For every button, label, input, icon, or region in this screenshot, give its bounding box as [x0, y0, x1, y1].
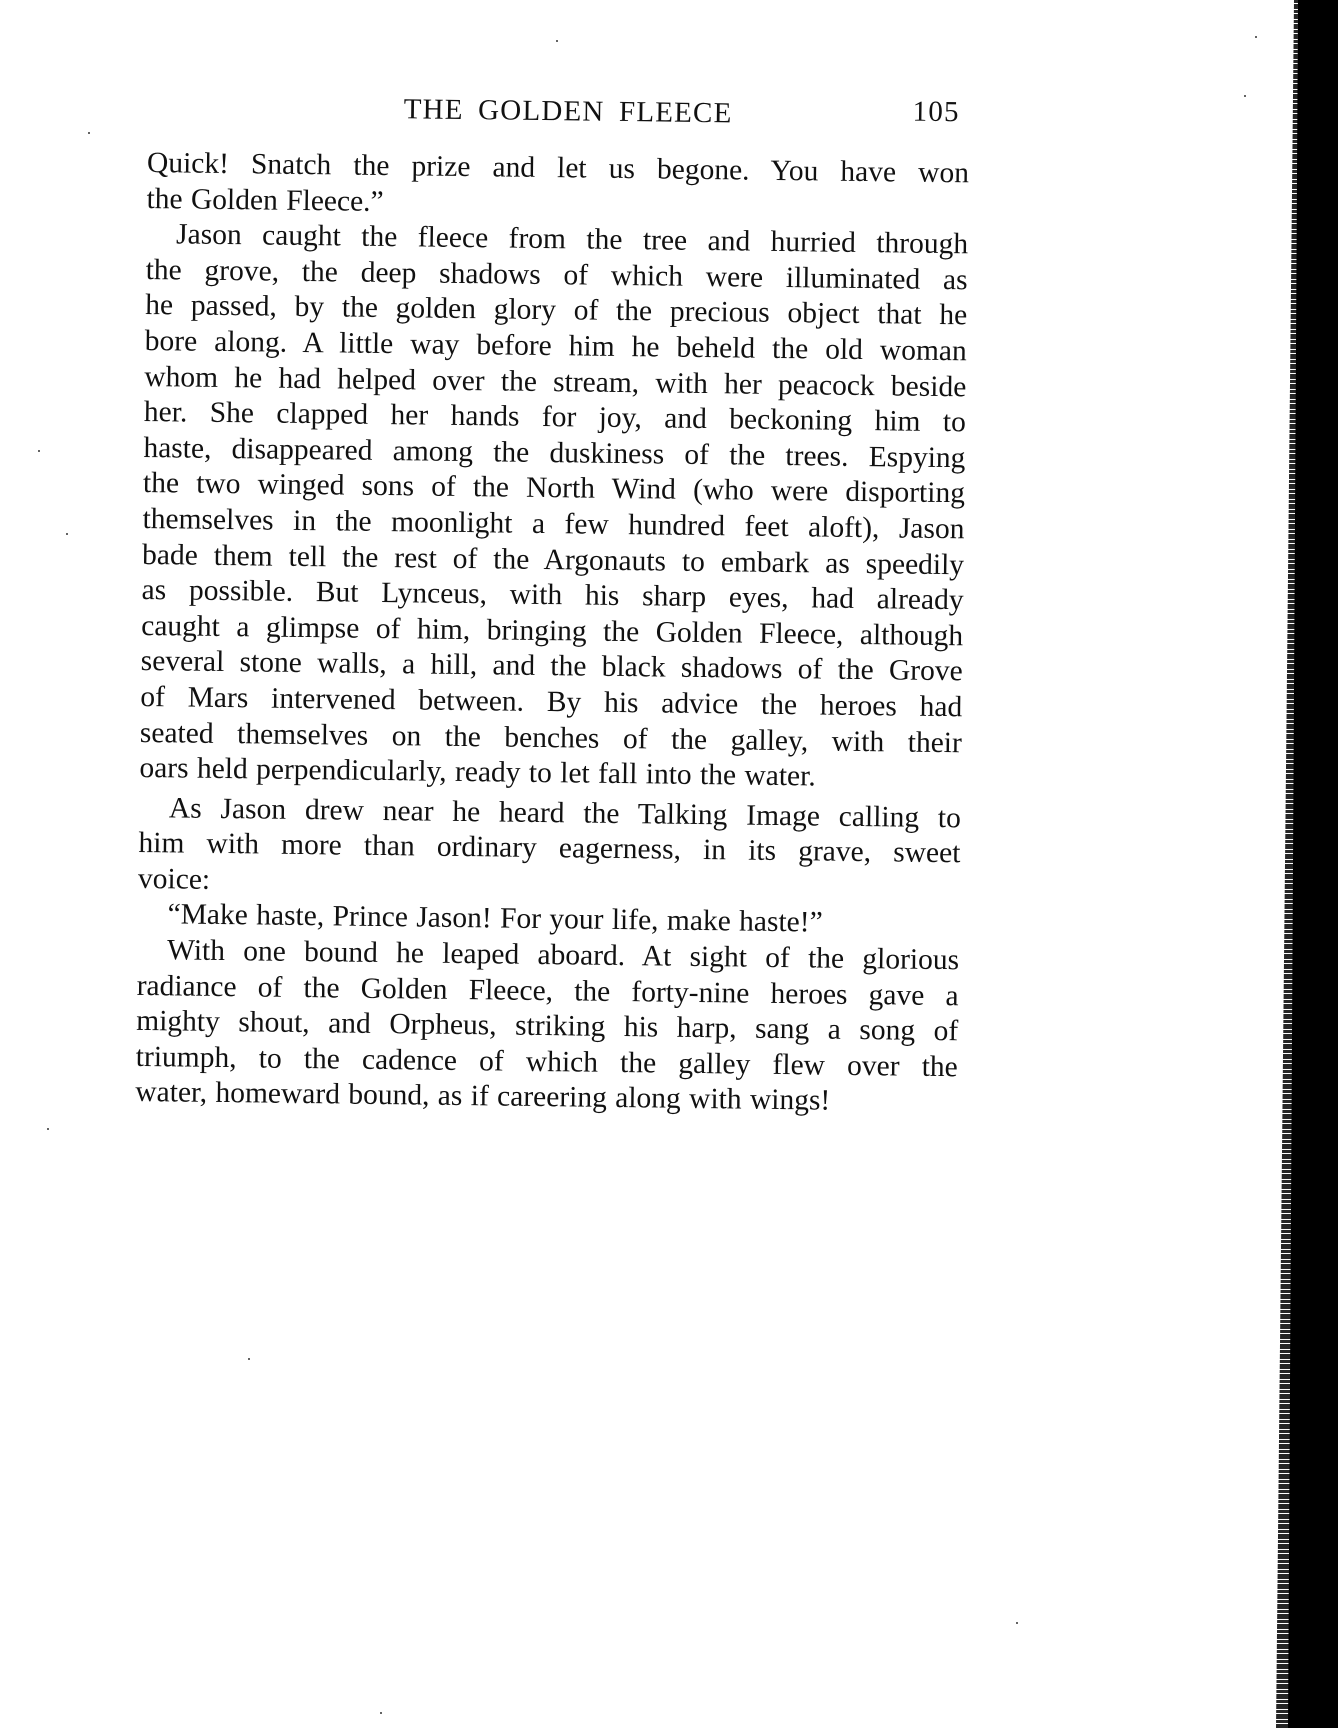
paragraph-3: As Jason drew near he heard the Talking … — [138, 791, 961, 908]
scan-speck — [66, 533, 68, 535]
running-head: THE GOLDEN FLEECE 105 — [147, 86, 970, 156]
paragraph-2: Jason caught the fleece from the tree an… — [139, 217, 968, 797]
running-head-title: THE GOLDEN FLEECE — [404, 93, 733, 130]
paragraph-5: With one bound he leaped aboard. At sigh… — [135, 933, 959, 1121]
scan-speck — [47, 1128, 49, 1130]
scan-speck — [380, 1712, 382, 1714]
text-block: THE GOLDEN FLEECE 105 Quick! Snatch the … — [135, 86, 970, 1121]
scan-speck — [38, 450, 40, 452]
scan-speck — [88, 132, 90, 134]
scan-speck — [1244, 95, 1246, 97]
scan-speck — [1255, 36, 1257, 38]
page-number: 105 — [912, 96, 960, 130]
book-page: THE GOLDEN FLEECE 105 Quick! Snatch the … — [0, 0, 1338, 1728]
scan-speck — [556, 40, 558, 42]
scan-speck — [248, 1358, 250, 1360]
scan-speck — [1016, 1622, 1018, 1624]
paragraph-1: Quick! Snatch the prize and let us begon… — [146, 146, 969, 228]
